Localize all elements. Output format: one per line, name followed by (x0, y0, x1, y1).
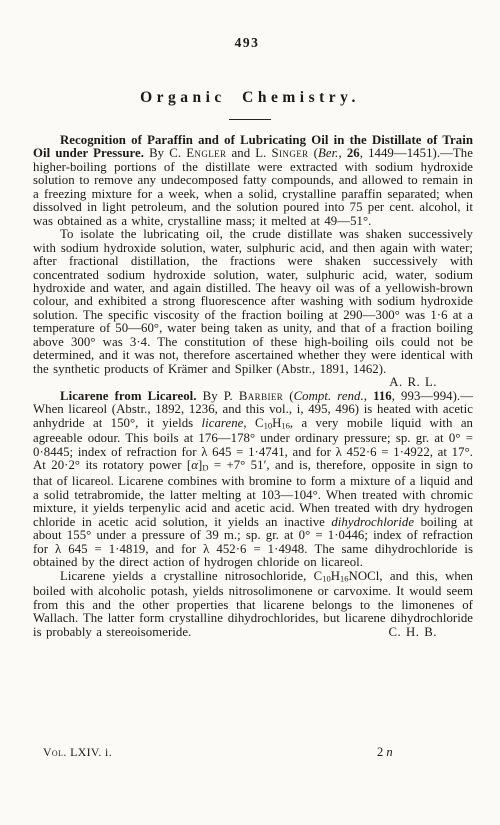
abstractor-initials: A. R. L. (33, 376, 473, 389)
article-licarene: Licarene from Licareol. By P. Barbier (C… (33, 390, 473, 640)
article-paragraph: Licarene from Licareol. By P. Barbier (C… (33, 390, 473, 570)
title-divider (229, 119, 271, 120)
section-title: Organic Chemistry. (0, 89, 500, 107)
text-column: Recognition of Paraffin and of Lubricati… (33, 134, 473, 639)
page-number: 493 (0, 35, 494, 51)
press-signature-mark: 2 n (377, 745, 393, 760)
article-paragraph: Recognition of Paraffin and of Lubricati… (33, 134, 473, 228)
article-paraffin-lubricating-oil: Recognition of Paraffin and of Lubricati… (33, 134, 473, 390)
article-paragraph: To isolate the lubricating oil, the crud… (33, 228, 473, 376)
page-footer: Vol. LXIV. i. 2 n (33, 745, 473, 761)
volume-label: Vol. LXIV. i. (43, 745, 112, 760)
